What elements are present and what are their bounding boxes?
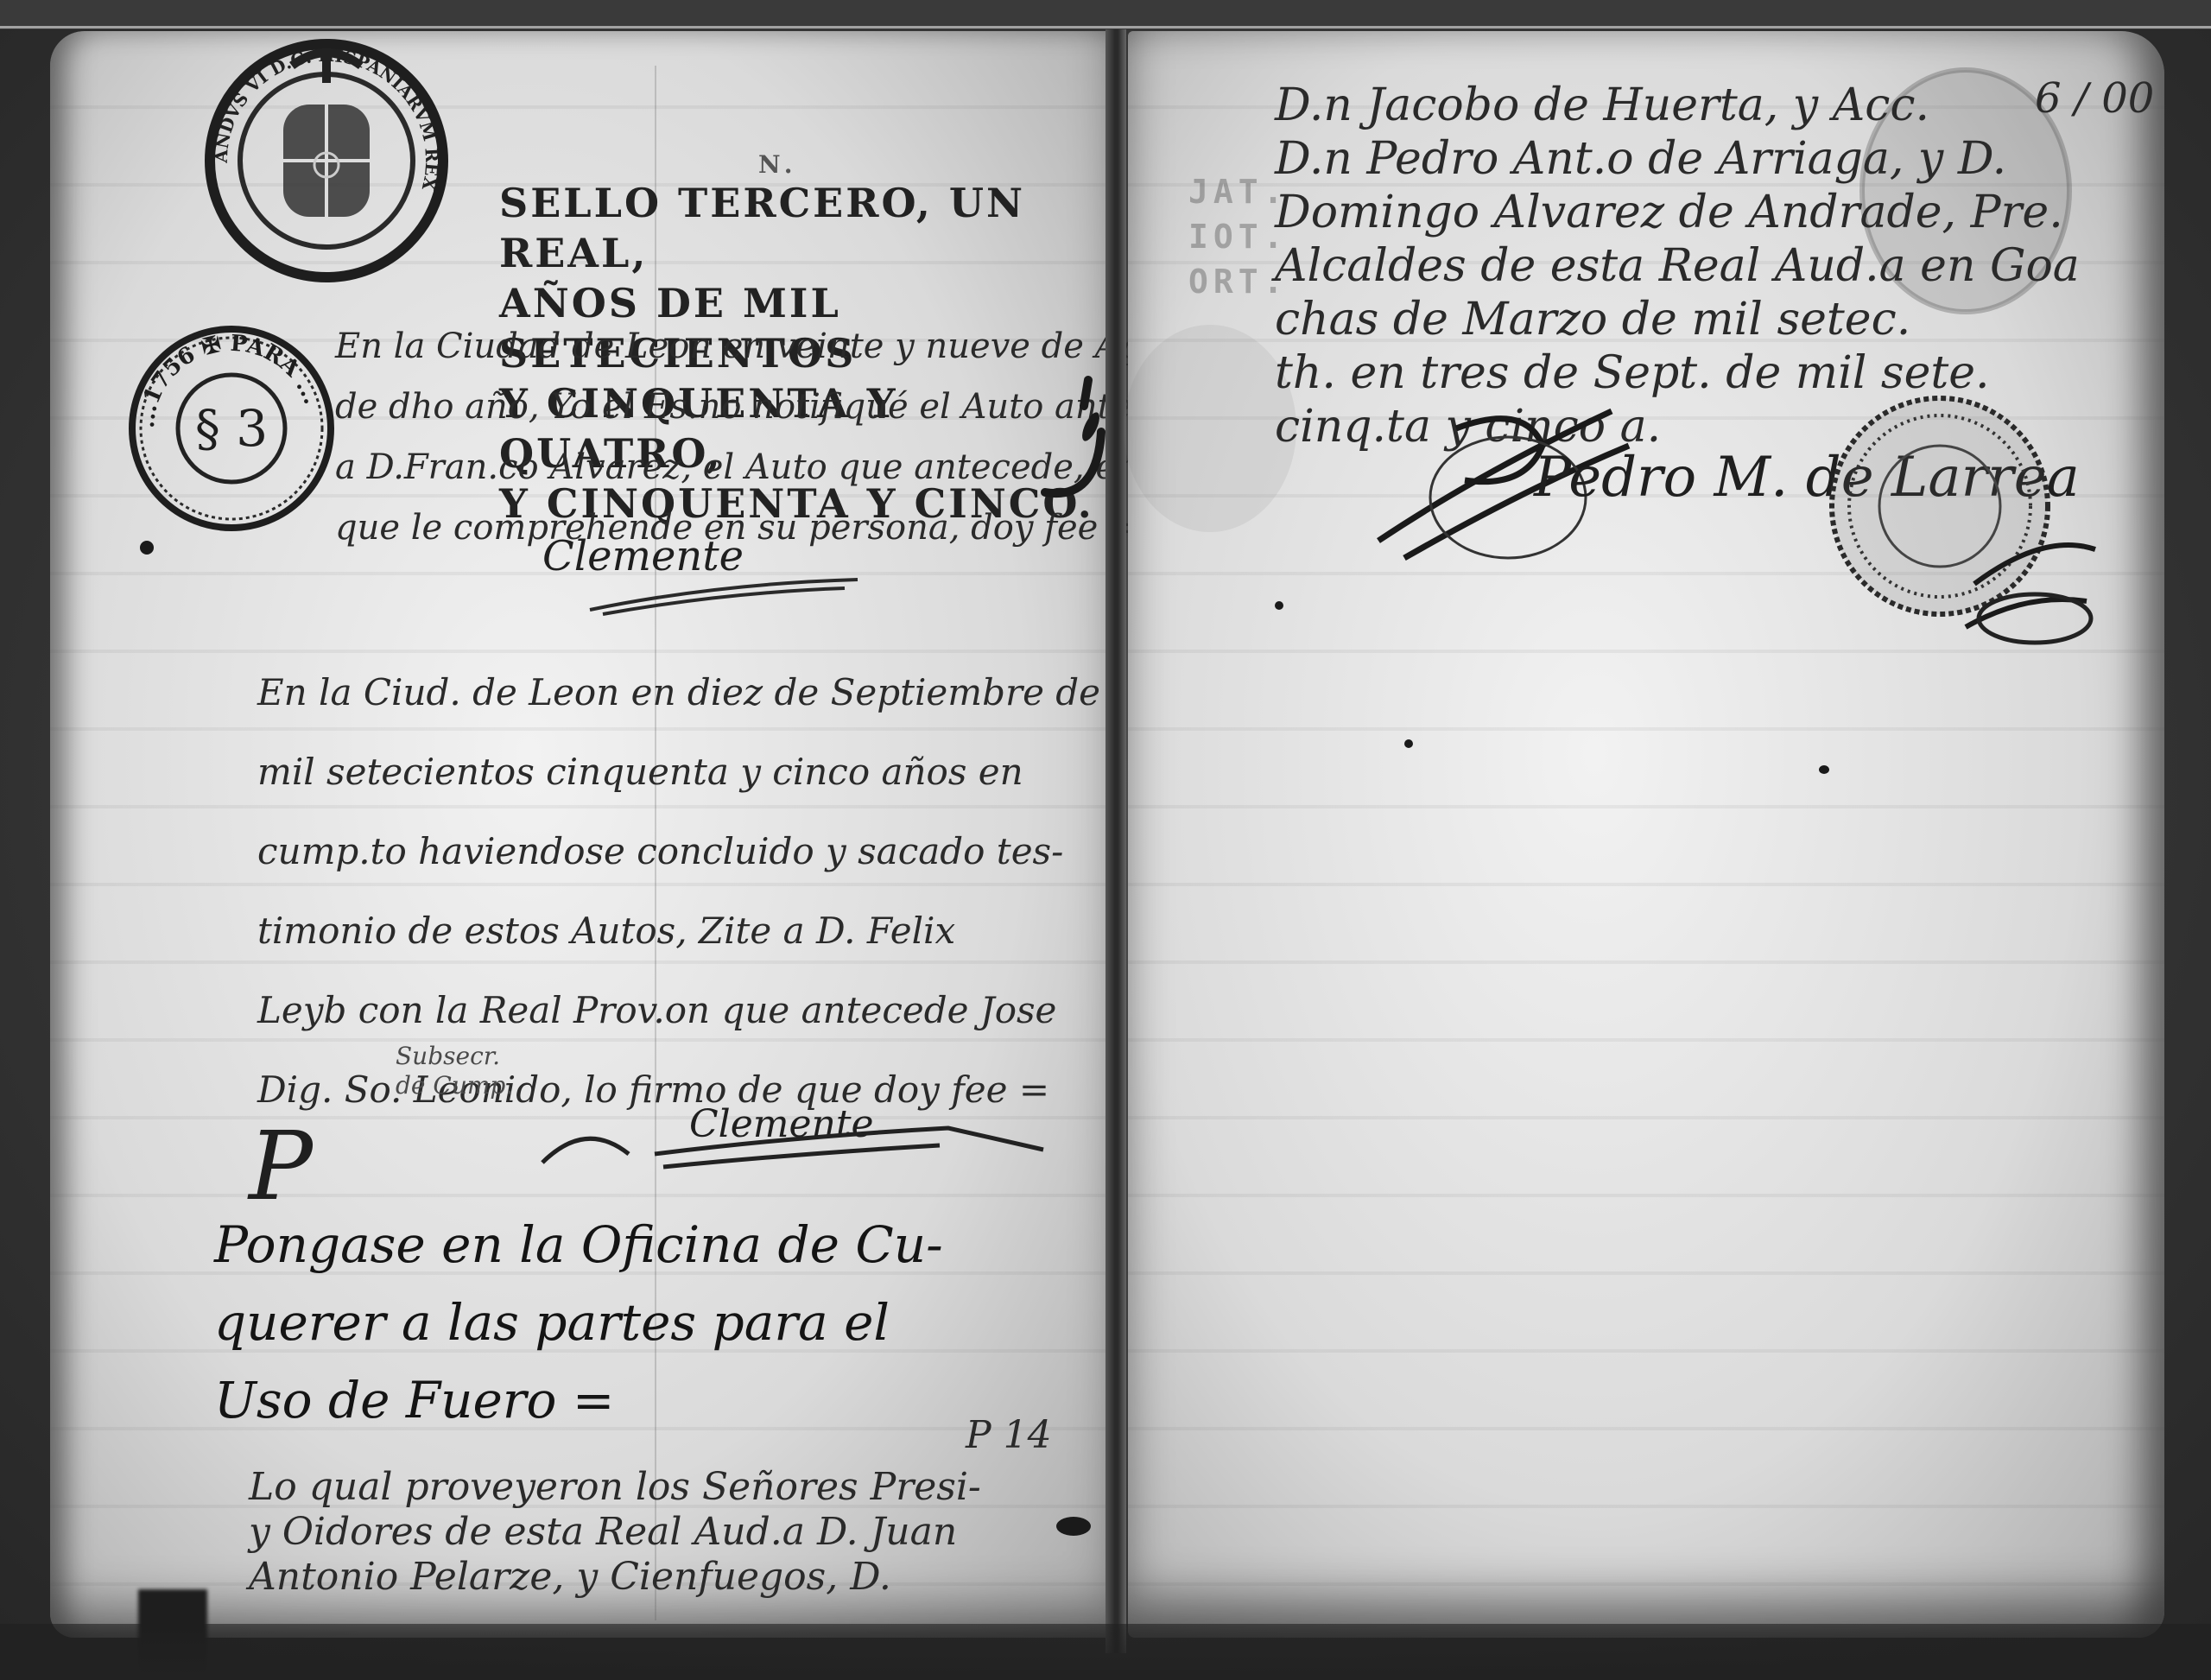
bleed-line: ORT.	[1188, 259, 1289, 304]
handwritten-line: En la Ciud. de Leon en diez de Septiembr…	[257, 653, 1100, 732]
bleed-line: IOT.	[1188, 214, 1289, 259]
corner-mark: 6 / 00	[2035, 74, 2154, 123]
left-page: FERDINANDVS VI D.G. HISPANIARVM REX n. S…	[50, 31, 1114, 1638]
svg-text:§ 3: § 3	[195, 399, 268, 458]
notary-signature: Clemente	[542, 532, 744, 580]
entry-testimony-text: En la Ciud. de Leon en diez de Septiembr…	[257, 653, 1100, 1130]
scanner-top-bar	[0, 0, 2211, 29]
bracket-mark-icon	[1036, 371, 1114, 518]
bleed-through-print: JAT. IOT. ORT.	[1188, 169, 1289, 304]
decree-initial: P	[249, 1111, 313, 1221]
ink-blot	[1404, 739, 1413, 748]
handwritten-line: Lo qual proveyeron los Señores Presi-	[249, 1465, 981, 1510]
handwritten-line: Domingo Alvarez de Andrade, Pre.	[1275, 186, 2080, 239]
habilitation-stamp-icon: ...1756 ✠ PARA ... § 3	[119, 316, 344, 541]
handwritten-line: En la Ciudad de Leon en veinte y nueve d…	[335, 316, 1183, 377]
royal-seal-icon: FERDINANDVS VI D.G. HISPANIARVM REX	[197, 31, 456, 290]
handwritten-line: Alcaldes de esta Real Aud.a en Goa	[1275, 239, 2080, 293]
printed-header-mark: n.	[758, 152, 1114, 178]
book-spine	[1105, 29, 1126, 1653]
folio-mark: P 14	[966, 1413, 1052, 1457]
ink-blot	[1056, 1517, 1091, 1536]
handwritten-line: Leyb con la Real Prov.on que antecede Jo…	[257, 971, 1100, 1050]
handwritten-line: Subsecr.	[396, 1042, 513, 1071]
handwritten-line: D.n Jacobo de Huerta, y Acc.	[1275, 79, 2080, 132]
printed-header-line: SELLO TERCERO, UN REAL,	[499, 178, 1114, 278]
handwritten-line: Uso de Fuero =	[214, 1361, 943, 1439]
right-page: JAT. IOT. ORT. D.n Jacobo de Huerta, y A…	[1128, 31, 2164, 1638]
handwritten-line: Antonio Pelarze, y Cienfuegos, D.	[249, 1555, 981, 1600]
decree-text: Pongase en la Oficina de Cu- querer a la…	[214, 1206, 943, 1439]
scanner-top-edge	[0, 26, 2211, 29]
handwritten-line: chas de Marzo de mil setec.	[1275, 293, 2080, 346]
handwritten-line: cump.to haviendose concluido y sacado te…	[257, 812, 1100, 891]
ink-blot	[140, 541, 154, 555]
rubric-flourish-icon	[1957, 515, 2104, 653]
handwritten-line: querer a las partes para el	[214, 1284, 943, 1361]
bleed-line: JAT.	[1188, 169, 1289, 214]
handwritten-line: de Cump.	[396, 1071, 513, 1100]
margin-note: Subsecr. de Cump.	[396, 1042, 513, 1100]
closing-text: Lo qual proveyeron los Señores Presi- y …	[249, 1465, 981, 1600]
handwritten-line: mil setecientos cinquenta y cinco años e…	[257, 732, 1100, 812]
ink-blot	[1275, 601, 1283, 610]
scanner-bottom-edge	[0, 1624, 2211, 1680]
signature-flourish-icon	[534, 1102, 1052, 1180]
handwritten-line: y Oidores de esta Real Aud.a D. Juan	[249, 1510, 981, 1555]
handwritten-line: D.n Pedro Ant.o de Arriaga, y D.	[1275, 132, 2080, 186]
ink-blot	[1819, 765, 1829, 774]
handwritten-line: Pongase en la Oficina de Cu-	[214, 1206, 943, 1284]
signature-flourish-icon	[586, 575, 862, 618]
handwritten-line: timonio de estos Autos, Zite a D. Felix	[257, 891, 1100, 971]
